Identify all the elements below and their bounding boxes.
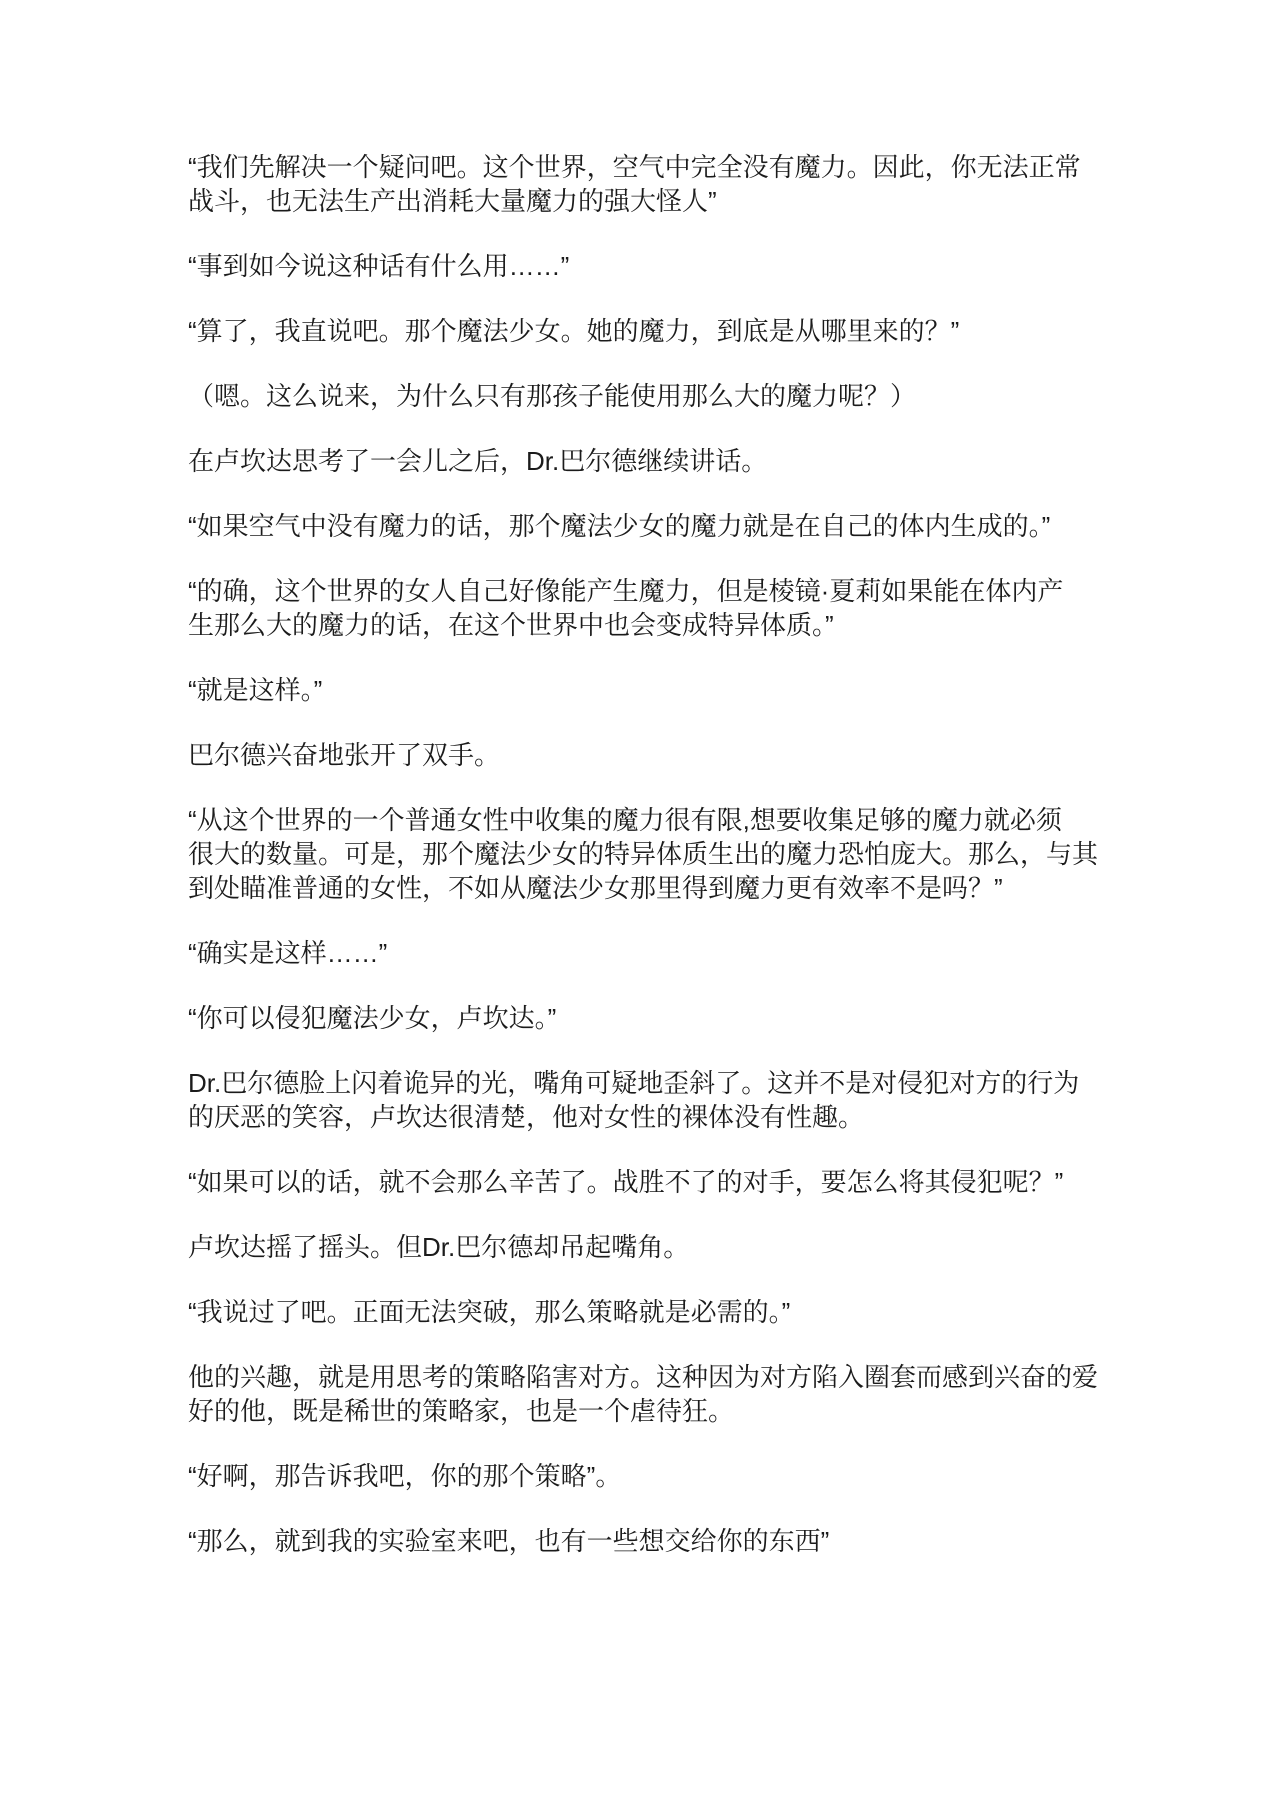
paragraph: “我们先解决一个疑问吧。这个世界，空气中完全没有魔力。因此，你无法正常 战斗，也… bbox=[188, 150, 1100, 218]
paragraph: 他的兴趣，就是用思考的策略陷害对方。这种因为对方陷入圈套而感到兴奋的爱 好的他，… bbox=[188, 1360, 1100, 1428]
document-page: “我们先解决一个疑问吧。这个世界，空气中完全没有魔力。因此，你无法正常 战斗，也… bbox=[0, 0, 1280, 1810]
text-content: “我们先解决一个疑问吧。这个世界，空气中完全没有魔力。因此，你无法正常 战斗，也… bbox=[188, 150, 1100, 1589]
paragraph: Dr.巴尔德脸上闪着诡异的光，嘴角可疑地歪斜了。这并不是对侵犯对方的行为 的厌恶… bbox=[188, 1066, 1100, 1134]
paragraph: “如果可以的话，就不会那么辛苦了。战胜不了的对手，要怎么将其侵犯呢？” bbox=[188, 1165, 1100, 1199]
paragraph: “从这个世界的一个普通女性中收集的魔力很有限,想要收集足够的魔力就必须 很大的数… bbox=[188, 803, 1100, 905]
paragraph: “事到如今说这种话有什么用……” bbox=[188, 249, 1100, 283]
paragraph: “就是这样。” bbox=[188, 673, 1100, 707]
paragraph: “的确，这个世界的女人自己好像能产生魔力，但是棱镜·夏莉如果能在体内产 生那么大… bbox=[188, 574, 1100, 642]
paragraph: 在卢坎达思考了一会儿之后，Dr.巴尔德继续讲话。 bbox=[188, 444, 1100, 478]
paragraph: “好啊，那告诉我吧，你的那个策略”。 bbox=[188, 1459, 1100, 1493]
paragraph: “你可以侵犯魔法少女，卢坎达。” bbox=[188, 1001, 1100, 1035]
paragraph: 卢坎达摇了摇头。但Dr.巴尔德却吊起嘴角。 bbox=[188, 1230, 1100, 1264]
paragraph: 巴尔德兴奋地张开了双手。 bbox=[188, 738, 1100, 772]
paragraph: “如果空气中没有魔力的话，那个魔法少女的魔力就是在自己的体内生成的。” bbox=[188, 509, 1100, 543]
paragraph: “那么，就到我的实验室来吧，也有一些想交给你的东西” bbox=[188, 1524, 1100, 1558]
paragraph: （嗯。这么说来，为什么只有那孩子能使用那么大的魔力呢？） bbox=[188, 379, 1100, 413]
paragraph: “我说过了吧。正面无法突破，那么策略就是必需的。” bbox=[188, 1295, 1100, 1329]
paragraph: “确实是这样……” bbox=[188, 936, 1100, 970]
paragraph: “算了，我直说吧。那个魔法少女。她的魔力，到底是从哪里来的？” bbox=[188, 314, 1100, 348]
